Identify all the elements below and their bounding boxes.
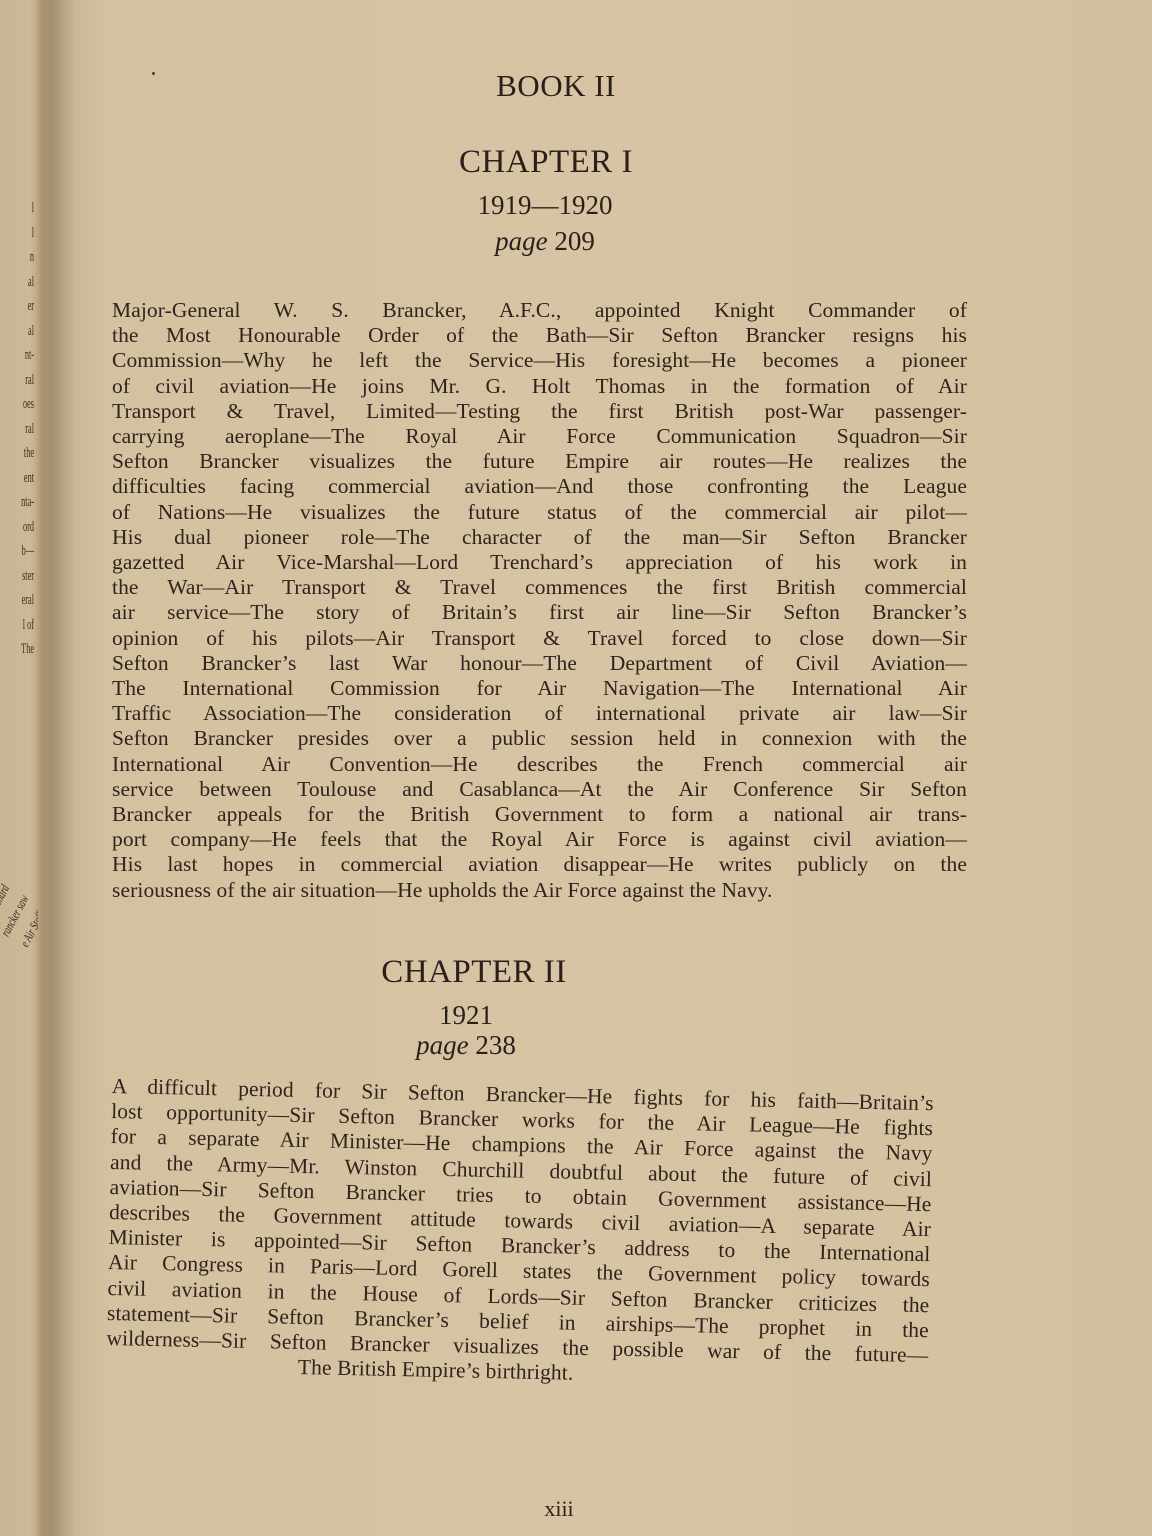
- summary-line: the War—Air Transport & Travel commences…: [112, 575, 967, 600]
- chapter-1-title: CHAPTER I: [112, 144, 972, 181]
- page-number: 238: [475, 1030, 516, 1060]
- chapter-2-years: 1921: [36, 1000, 896, 1031]
- page-label: page: [416, 1030, 468, 1060]
- chapter-1-page-ref: page 209: [112, 226, 972, 257]
- summary-line: seriousness of the air situation—He upho…: [112, 878, 967, 903]
- chapter-2-title: CHAPTER II: [44, 954, 904, 991]
- summary-line: International Air Convention—He describe…: [112, 752, 967, 777]
- adjacent-fragment: ord: [12, 515, 34, 540]
- summary-line: port company—He feels that the Royal Air…: [112, 827, 967, 852]
- summary-line: the Most Honourable Order of the Bath—Si…: [112, 323, 967, 348]
- adjacent-fragment: the: [12, 441, 34, 466]
- summary-line: of civil aviation—He joins Mr. G. Holt T…: [112, 374, 967, 399]
- adjacent-fragment: ral: [12, 417, 34, 442]
- summary-line: opinion of his pilots—Air Transport & Tr…: [112, 626, 967, 651]
- summary-line: Traffic Association—The consideration of…: [112, 701, 967, 726]
- adjacent-fragment: l: [12, 196, 34, 221]
- page-folio: xiii: [112, 1496, 972, 1522]
- adjacent-fragment: b—: [12, 539, 34, 564]
- summary-line: service between Toulouse and Casablanca—…: [112, 777, 967, 802]
- summary-line: Sefton Brancker visualizes the future Em…: [112, 449, 967, 474]
- summary-line: Major-General W. S. Brancker, A.F.C., ap…: [112, 298, 967, 323]
- chapter-2-summary: A difficult period for Sir Sefton Branck…: [106, 1074, 934, 1394]
- summary-line: carrying aeroplane—The Royal Air Force C…: [112, 424, 967, 449]
- adjacent-fragment: ster: [12, 564, 34, 589]
- summary-line: of Nations—He visualizes the future stat…: [112, 500, 967, 525]
- adjacent-fragment: ral: [12, 368, 34, 393]
- adjacent-fragment: al: [12, 319, 34, 344]
- summary-line: Brancker appeals for the British Governm…: [112, 802, 967, 827]
- adjacent-fragment: nt-: [12, 343, 34, 368]
- adjacent-fragment: n: [12, 245, 34, 270]
- chapter-1-years: 1919—1920: [112, 190, 972, 221]
- adjacent-fragment: l: [12, 221, 34, 246]
- chapter-1-summary: Major-General W. S. Brancker, A.F.C., ap…: [112, 298, 967, 903]
- adjacent-page-edge: llnaleralnt-raloesraltheentnta-ordb—ster…: [0, 0, 38, 1536]
- page-label: page: [495, 226, 547, 256]
- adjacent-fragment: The: [12, 637, 34, 662]
- summary-line: His last hopes in commercial aviation di…: [112, 852, 967, 877]
- summary-line: The International Commission for Air Nav…: [112, 676, 967, 701]
- adjacent-fragment: nta-: [12, 490, 34, 515]
- book-gutter-shadow: [36, 0, 76, 1536]
- adjacent-fragment: ent: [12, 466, 34, 491]
- summary-line: air service—The story of Britain’s first…: [112, 600, 967, 625]
- adjacent-fragment: l of: [12, 613, 34, 638]
- adjacent-page-text-top: llnaleralnt-raloesraltheentnta-ordb—ster…: [12, 196, 34, 662]
- summary-line: Commission—Why he left the Service—His f…: [112, 348, 967, 373]
- summary-line: Transport & Travel, Limited—Testing the …: [112, 399, 967, 424]
- chapter-2-page-ref: page 238: [36, 1030, 896, 1061]
- adjacent-page-text-bottom: Trenchardrancker sawe Air Staff—resigns—…: [0, 881, 38, 1096]
- page-number: 209: [554, 226, 595, 256]
- summary-line: Sefton Brancker’s last War honour—The De…: [112, 651, 967, 676]
- summary-line: difficulties facing commercial aviation—…: [112, 474, 967, 499]
- adjacent-fragment: eral: [12, 588, 34, 613]
- summary-line: Sefton Brancker presides over a public s…: [112, 726, 967, 751]
- summary-line: gazetted Air Vice-Marshal—Lord Trenchard…: [112, 550, 967, 575]
- book-heading: BOOK II: [112, 68, 972, 104]
- adjacent-fragment: al: [12, 270, 34, 295]
- adjacent-fragment: oes: [12, 392, 34, 417]
- summary-line: His dual pioneer role—The character of t…: [112, 525, 967, 550]
- adjacent-fragment: er: [12, 294, 34, 319]
